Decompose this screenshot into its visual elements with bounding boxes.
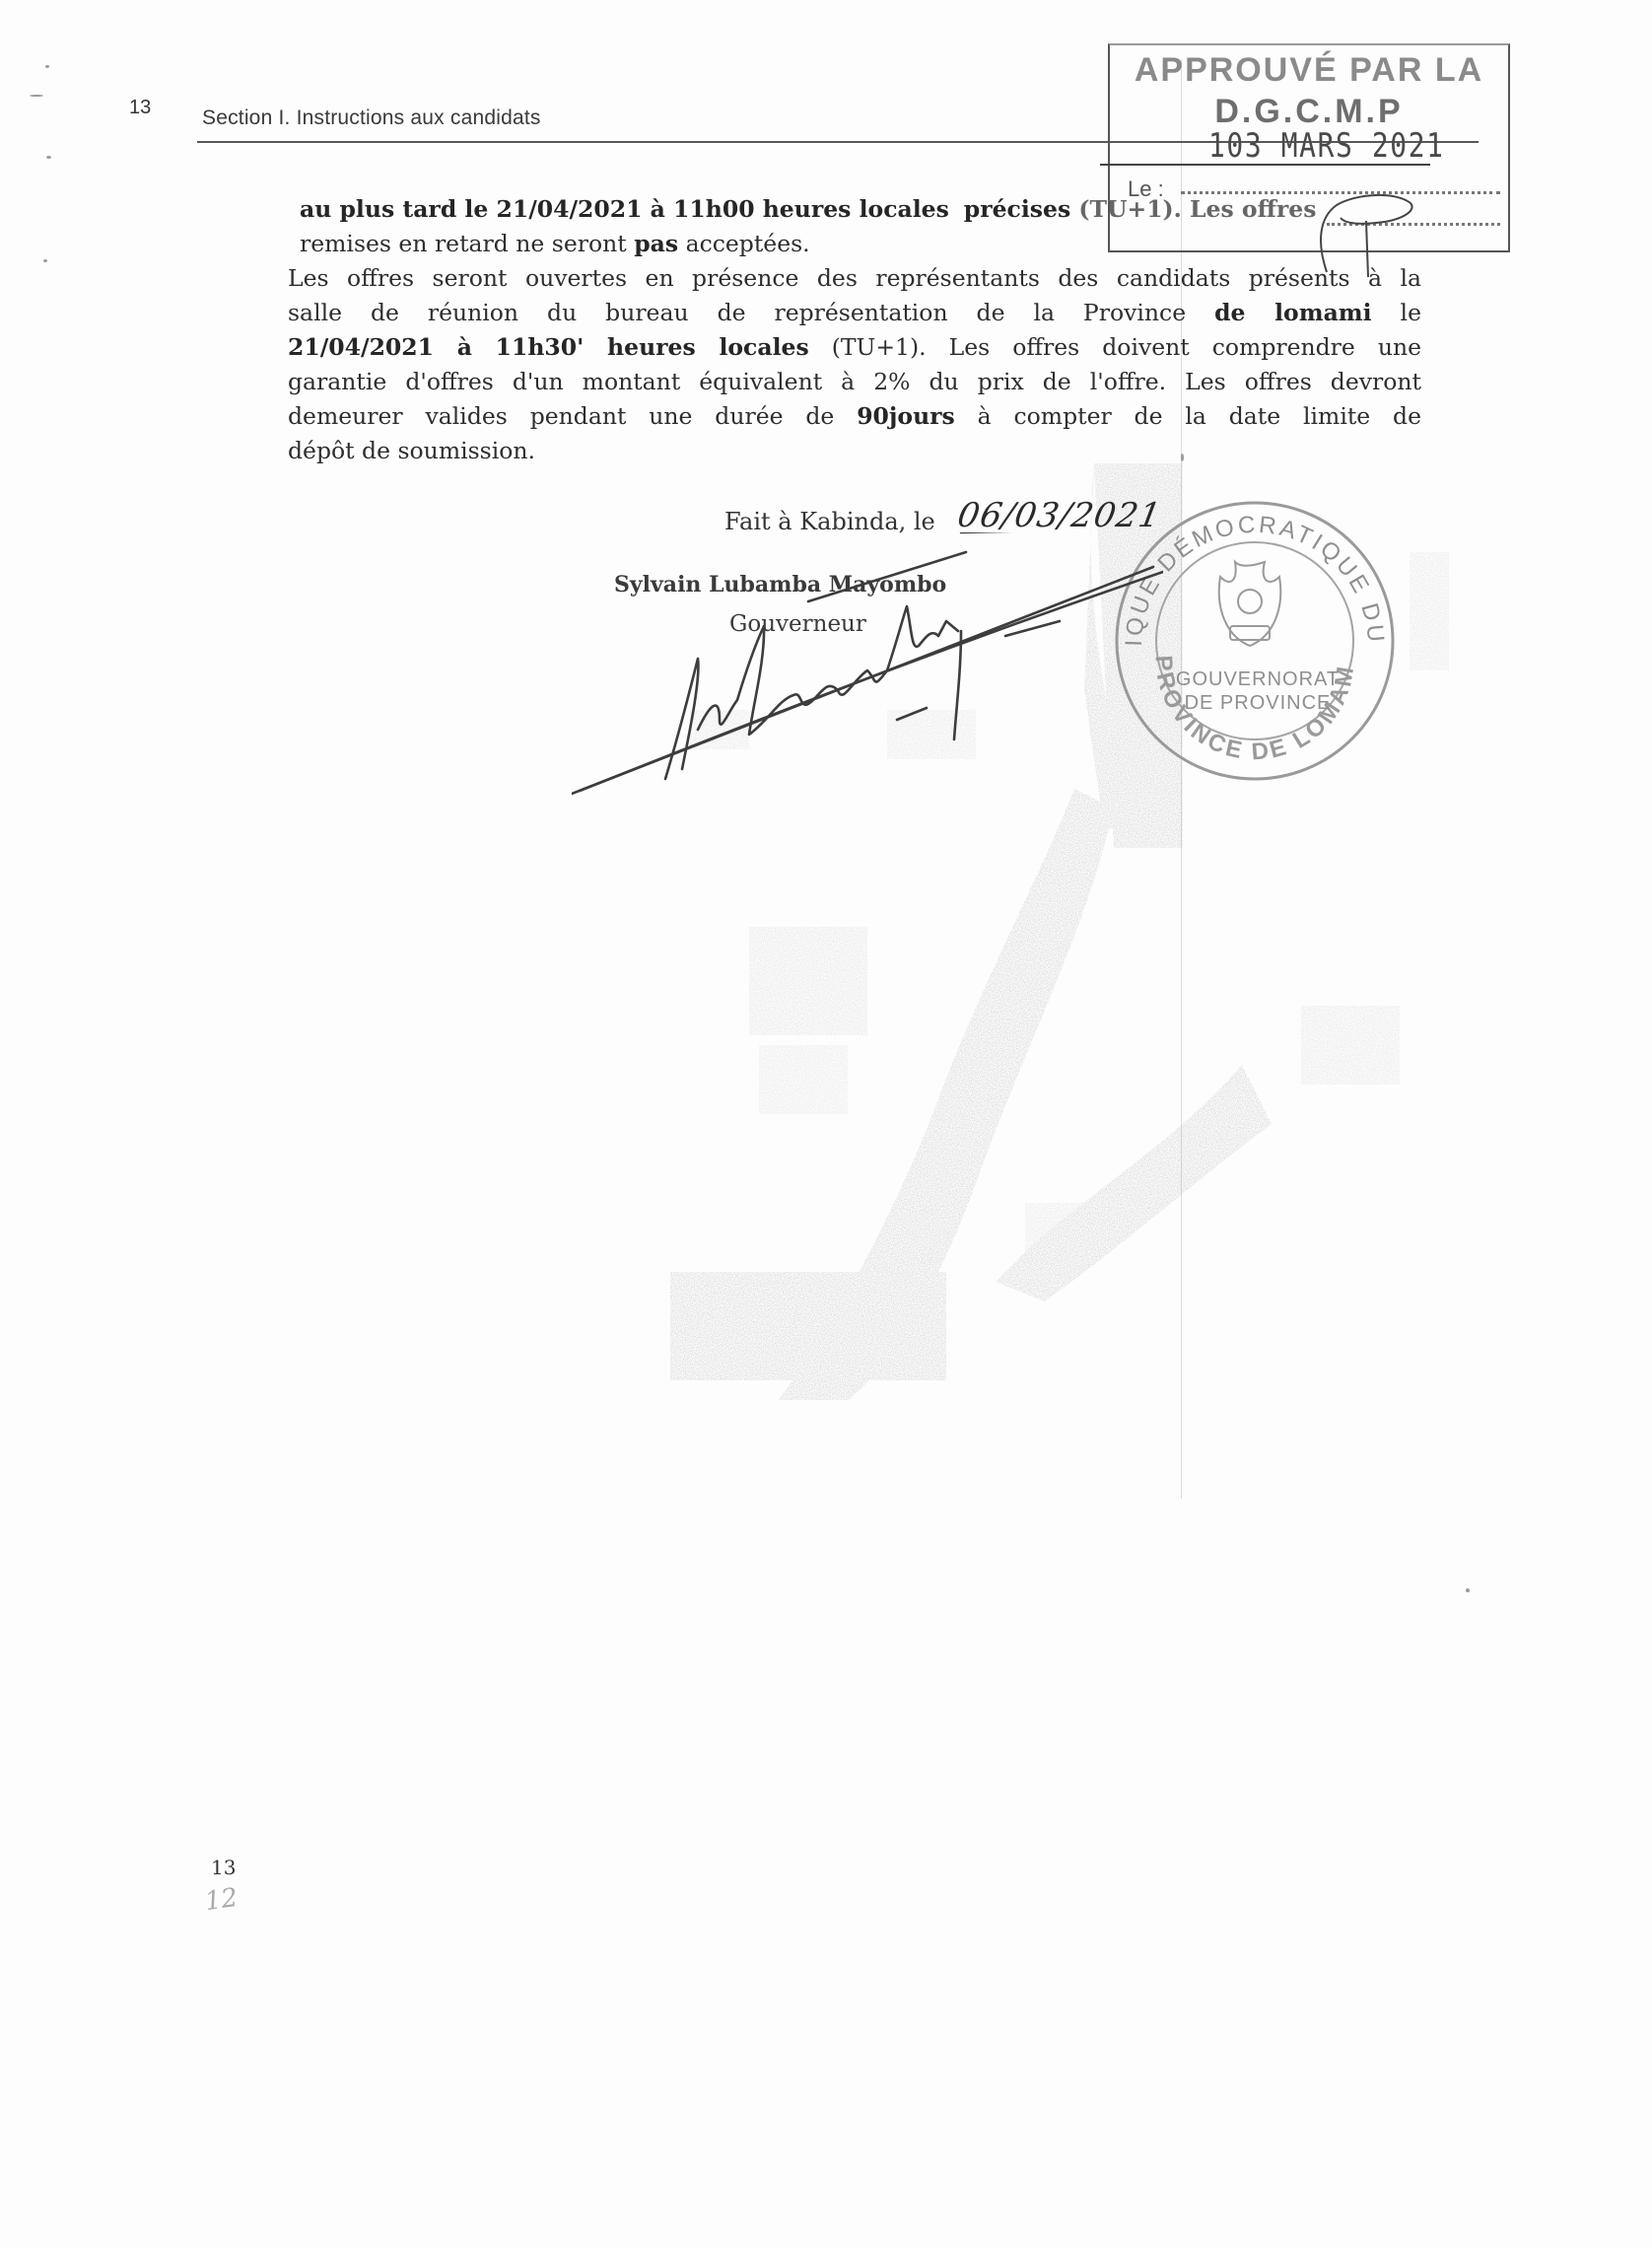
- validity-days: 90jours: [857, 402, 955, 430]
- scan-speck: [46, 156, 51, 159]
- body-line-1: au plus tard le 21/04/2021 à 11h00 heure…: [288, 192, 1421, 227]
- province-name: de lomami: [1214, 299, 1372, 326]
- opening-le: le: [1372, 299, 1421, 326]
- scan-speck: [45, 65, 49, 68]
- body-line-8: dépôt de soumission.: [288, 434, 1421, 468]
- scan-speck: [30, 95, 43, 97]
- scan-speck: [1466, 1588, 1470, 1592]
- stamp-date-prefix: 1: [1208, 126, 1226, 166]
- scanned-document-page: 13 Section I. Instructions aux candidats…: [0, 0, 1652, 2248]
- stamp-approved-by: APPROUVÉ PAR LA: [1110, 51, 1508, 90]
- opening-room-text: salle de réunion du bureau de représenta…: [288, 299, 1214, 326]
- footer-page-number: 13: [211, 1856, 236, 1879]
- stamp-date-value: 03 MARS 2021: [1226, 126, 1444, 166]
- section-title: Section I. Instructions aux candidats: [202, 106, 541, 130]
- late-offers-text: remises en retard ne seront: [300, 230, 634, 257]
- signature-place: Fait à Kabinda, le: [724, 508, 935, 535]
- body-line-6: garantie d'offres d'un montant équivalen…: [288, 365, 1421, 399]
- validity-end: à compter de la date limite de: [955, 402, 1421, 430]
- late-offers-end: acceptées.: [678, 230, 810, 257]
- handwritten-signature-icon: [572, 532, 1163, 808]
- body-line-7: demeurer valides pendant une durée de 90…: [288, 399, 1421, 434]
- body-line-4: salle de réunion du bureau de représenta…: [288, 296, 1421, 330]
- deadline-text: au plus tard le 21/04/2021 à 11h00 heure…: [300, 195, 949, 223]
- guarantee-intro: (TU+1). Les offres doivent comprendre un…: [809, 333, 1421, 361]
- validity-text: demeurer valides pendant une durée de: [288, 402, 857, 430]
- coat-of-arms-icon: [1219, 562, 1281, 646]
- document-body: au plus tard le 21/04/2021 à 11h00 heure…: [288, 192, 1421, 468]
- body-line-3: Les offres seront ouvertes en présence d…: [288, 261, 1421, 296]
- body-line-5: 21/04/2021 à 11h30' heures locales (TU+1…: [288, 330, 1421, 365]
- footer-handwritten-number: 12: [203, 1883, 240, 1917]
- seal-inner-line-2: DE PROVINCE: [1185, 692, 1332, 714]
- seal-inner-line-1: GOUVERNORAT: [1176, 668, 1340, 690]
- deadline-timezone: (TU+1). Les offres: [1070, 195, 1316, 223]
- scan-speck: [43, 259, 47, 262]
- opening-datetime: 21/04/2021 à 11h30' heures locales: [288, 333, 809, 361]
- handwritten-date: 06/03/2021: [954, 496, 1164, 535]
- header-page-number: 13: [129, 97, 151, 119]
- stamp-date: 103 MARS 2021: [1208, 126, 1445, 166]
- deadline-precise: précises: [964, 195, 1070, 223]
- late-offers-bold: pas: [634, 230, 678, 257]
- body-line-2: remises en retard ne seront pas acceptée…: [288, 227, 1421, 261]
- scan-speck: [1181, 454, 1184, 461]
